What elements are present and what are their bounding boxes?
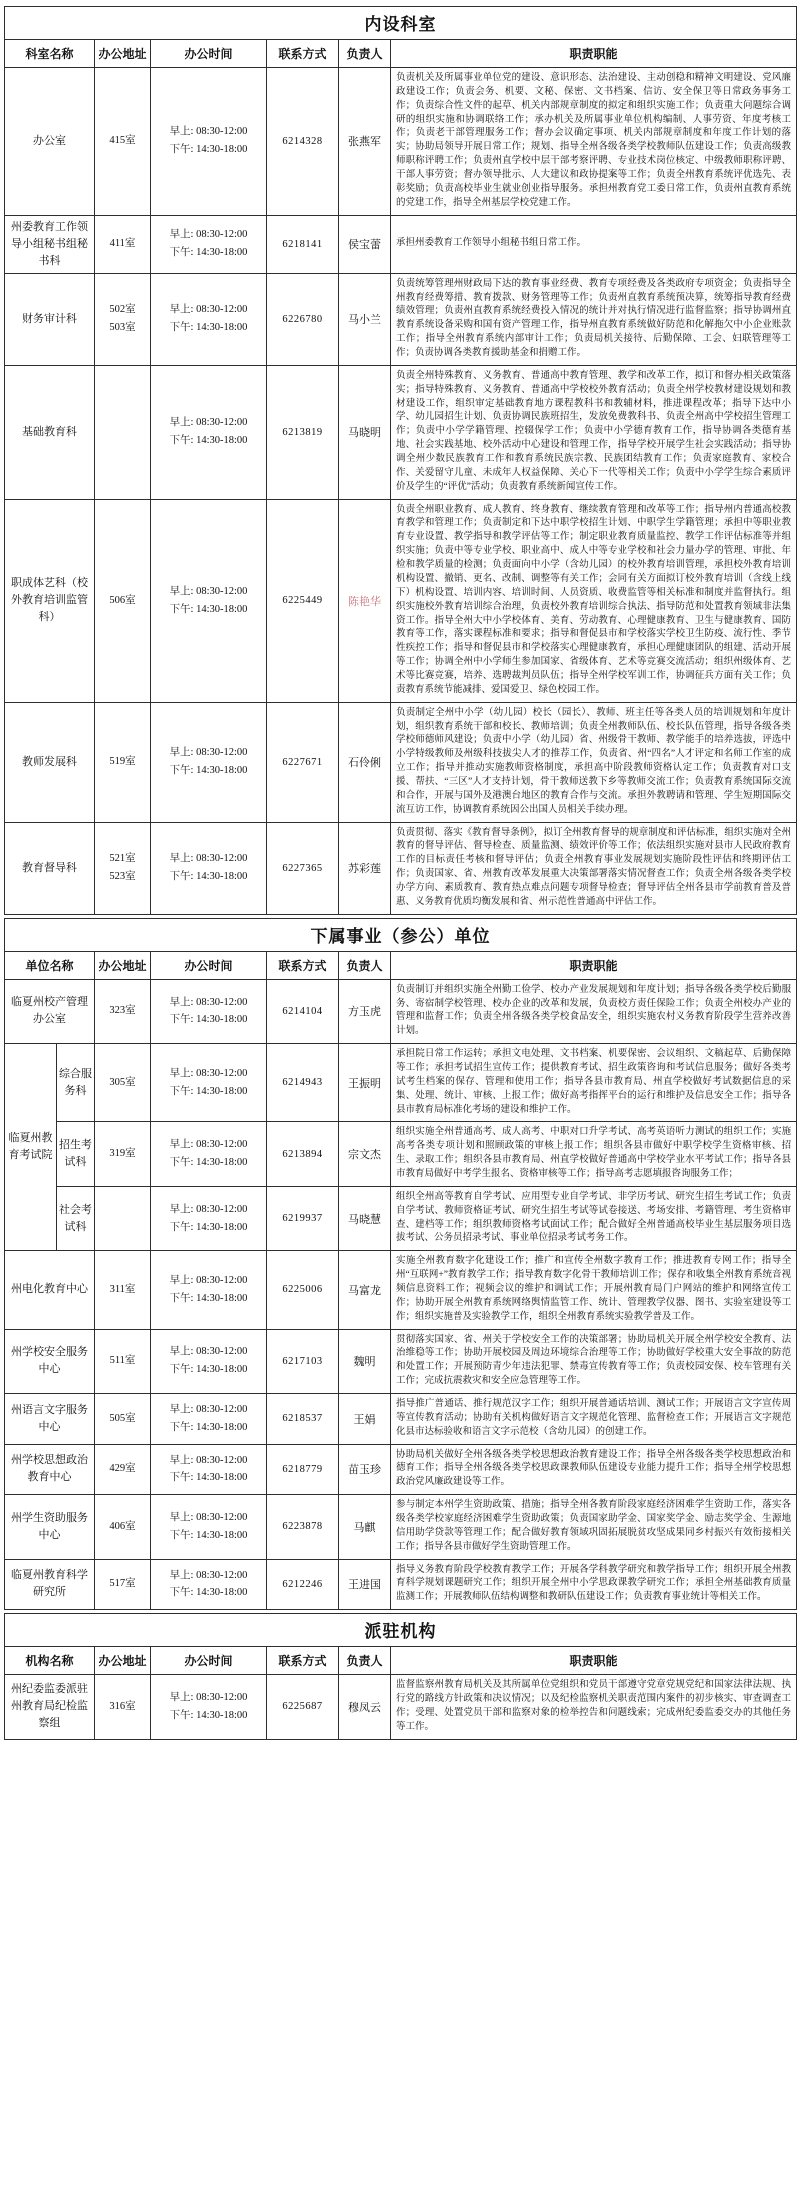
table-row: 州委教育工作领导小组秘书组秘书科411室早上: 08:30-12:00下午: 1… [5, 215, 797, 273]
duties-cell: 监督监察州教育局机关及其所属单位党组织和党员干部遵守党章党规党纪和国家法律法规、… [391, 1675, 797, 1739]
section-title: 派驻机构 [5, 1614, 797, 1647]
table-row: 州学校思想政治教育中心429室早上: 08:30-12:00下午: 14:30-… [5, 1444, 797, 1495]
table-row: 职成体艺科（校外教育培训监管科）506室早上: 08:30-12:00下午: 1… [5, 499, 797, 702]
person-cell: 马小兰 [339, 273, 391, 365]
phone-cell: 6214328 [267, 68, 339, 216]
office-hours: 早上: 08:30-12:00下午: 14:30-18:00 [170, 301, 248, 337]
section-table: 下属事业（参公）单位单位名称办公地址办公时间联系方式负责人职责职能临夏州校产管理… [4, 918, 797, 1611]
table-row: 州纪委监委派驻州教育局纪检监察组316室早上: 08:30-12:00下午: 1… [5, 1675, 797, 1739]
hours-cell: 早上: 08:30-12:00下午: 14:30-18:00 [151, 273, 267, 365]
duties-cell: 实施全州教育数字化建设工作；推广和宣传全州数字教育工作；推进教育专网工作；指导全… [391, 1251, 797, 1329]
person-cell: 侯宝蕾 [339, 215, 391, 273]
hours-cell: 早上: 08:30-12:00下午: 14:30-18:00 [151, 1394, 267, 1445]
phone-cell: 6225449 [267, 499, 339, 702]
person-cell: 马富龙 [339, 1251, 391, 1329]
person-cell: 马晓明 [339, 365, 391, 499]
address-cell: 319室 [95, 1122, 151, 1186]
address-cell: 519室 [95, 702, 151, 822]
column-header: 联系方式 [267, 40, 339, 68]
office-hours: 早上: 08:30-12:00下午: 14:30-18:00 [170, 994, 248, 1030]
name-cell: 办公室 [5, 68, 95, 216]
table-row: 招生考试科319室早上: 08:30-12:00下午: 14:30-18:006… [5, 1122, 797, 1186]
phone-cell: 6225687 [267, 1675, 339, 1739]
duties-cell: 负责统筹管理州财政局下达的教育事业经费、教育专项经费及各类政府专项资金；负责指导… [391, 273, 797, 365]
address-cell: 505室 [95, 1394, 151, 1445]
section-title: 下属事业（参公）单位 [5, 918, 797, 951]
header-row: 机构名称办公地址办公时间联系方式负责人职责职能 [5, 1647, 797, 1675]
table-row: 财务审计科502室503室早上: 08:30-12:00下午: 14:30-18… [5, 273, 797, 365]
table-row: 临夏州教育考试院综合服务科305室早上: 08:30-12:00下午: 14:3… [5, 1044, 797, 1122]
person-cell: 马麒 [339, 1495, 391, 1559]
office-hours: 早上: 08:30-12:00下午: 14:30-18:00 [170, 583, 248, 619]
hours-cell: 早上: 08:30-12:00下午: 14:30-18:00 [151, 1495, 267, 1559]
column-header: 机构名称 [5, 1647, 95, 1675]
phone-cell: 6227671 [267, 702, 339, 822]
column-header: 办公时间 [151, 951, 267, 979]
hours-cell: 早上: 08:30-12:00下午: 14:30-18:00 [151, 979, 267, 1043]
person-cell: 苏彩莲 [339, 822, 391, 914]
person-cell: 方玉虎 [339, 979, 391, 1043]
office-hours: 早上: 08:30-12:00下午: 14:30-18:00 [170, 1343, 248, 1379]
phone-cell: 6218779 [267, 1444, 339, 1495]
column-header: 办公地址 [95, 40, 151, 68]
address-cell: 415室 [95, 68, 151, 216]
hours-cell: 早上: 08:30-12:00下午: 14:30-18:00 [151, 1444, 267, 1495]
office-hours: 早上: 08:30-12:00下午: 14:30-18:00 [170, 123, 248, 159]
column-header: 办公地址 [95, 1647, 151, 1675]
name-cell: 临夏州教育科学研究所 [5, 1559, 95, 1610]
table-row: 基础教育科早上: 08:30-12:00下午: 14:30-18:0062138… [5, 365, 797, 499]
person-cell: 王娟 [339, 1394, 391, 1445]
duties-cell: 指导推广普通话、推行规范汉字工作；组织开展普通话培训、测试工作；开展语言文字宣传… [391, 1394, 797, 1445]
phone-cell: 6223878 [267, 1495, 339, 1559]
hours-cell: 早上: 08:30-12:00下午: 14:30-18:00 [151, 1122, 267, 1186]
table-row: 教师发展科519室早上: 08:30-12:00下午: 14:30-18:006… [5, 702, 797, 822]
person-cell: 宗文杰 [339, 1122, 391, 1186]
column-header: 科室名称 [5, 40, 95, 68]
duties-cell: 组织实施全州普通高考、成人高考、中职对口升学考试、高考英语听力测试的组织工作；实… [391, 1122, 797, 1186]
hours-cell: 早上: 08:30-12:00下午: 14:30-18:00 [151, 1329, 267, 1393]
name-cell: 基础教育科 [5, 365, 95, 499]
column-header: 职责职能 [391, 951, 797, 979]
header-row: 单位名称办公地址办公时间联系方式负责人职责职能 [5, 951, 797, 979]
phone-cell: 6217103 [267, 1329, 339, 1393]
table-row: 州学生资助服务中心406室早上: 08:30-12:00下午: 14:30-18… [5, 1495, 797, 1559]
address-cell: 429室 [95, 1444, 151, 1495]
duties-cell: 负责全州特殊教育、义务教育、普通高中教育管理、教学和改革工作，拟订和督办相关政策… [391, 365, 797, 499]
person-cell: 王进国 [339, 1559, 391, 1610]
name-cell: 州学校思想政治教育中心 [5, 1444, 95, 1495]
phone-cell: 6213894 [267, 1122, 339, 1186]
person-cell: 苗玉珍 [339, 1444, 391, 1495]
address-cell: 406室 [95, 1495, 151, 1559]
hours-cell: 早上: 08:30-12:00下午: 14:30-18:00 [151, 68, 267, 216]
hours-cell: 早上: 08:30-12:00下午: 14:30-18:00 [151, 365, 267, 499]
name-cell: 临夏州校产管理办公室 [5, 979, 95, 1043]
phone-cell: 6214104 [267, 979, 339, 1043]
address-cell: 323室 [95, 979, 151, 1043]
column-header: 办公地址 [95, 951, 151, 979]
person-cell: 魏明 [339, 1329, 391, 1393]
office-hours: 早上: 08:30-12:00下午: 14:30-18:00 [170, 1401, 248, 1437]
address-cell [95, 365, 151, 499]
name-cell: 州委教育工作领导小组秘书组秘书科 [5, 215, 95, 273]
phone-cell: 6218537 [267, 1394, 339, 1445]
person-cell: 马晓慧 [339, 1186, 391, 1250]
person-cell: 王振明 [339, 1044, 391, 1122]
column-header: 职责职能 [391, 40, 797, 68]
phone-cell: 6227365 [267, 822, 339, 914]
person-cell: 陈艳华 [339, 499, 391, 702]
office-hours: 早上: 08:30-12:00下午: 14:30-18:00 [170, 1567, 248, 1603]
office-hours: 早上: 08:30-12:00下午: 14:30-18:00 [170, 414, 248, 450]
section-table: 内设科室科室名称办公地址办公时间联系方式负责人职责职能办公室415室早上: 08… [4, 6, 797, 915]
table-row: 临夏州教育科学研究所517室早上: 08:30-12:00下午: 14:30-1… [5, 1559, 797, 1610]
duties-cell: 指导义务教育阶段学校教育教学工作；开展各学科教学研究和教学指导工作；组织开展全州… [391, 1559, 797, 1610]
name-cell: 教师发展科 [5, 702, 95, 822]
name-cell: 职成体艺科（校外教育培训监管科） [5, 499, 95, 702]
hours-cell: 早上: 08:30-12:00下午: 14:30-18:00 [151, 1675, 267, 1739]
section-table: 派驻机构机构名称办公地址办公时间联系方式负责人职责职能州纪委监委派驻州教育局纪检… [4, 1613, 797, 1739]
phone-cell: 6214943 [267, 1044, 339, 1122]
phone-cell: 6213819 [267, 365, 339, 499]
phone-cell: 6219937 [267, 1186, 339, 1250]
name-cell: 财务审计科 [5, 273, 95, 365]
group-name-cell: 临夏州教育考试院 [5, 1044, 57, 1251]
duties-cell: 负责贯彻、落实《教育督导条例》，拟订全州教育督导的规章制度和评估标准，组织实施对… [391, 822, 797, 914]
name-cell: 教育督导科 [5, 822, 95, 914]
hours-cell: 早上: 08:30-12:00下午: 14:30-18:00 [151, 1186, 267, 1250]
address-cell: 521室523室 [95, 822, 151, 914]
office-hours: 早上: 08:30-12:00下午: 14:30-18:00 [170, 1065, 248, 1101]
address-cell: 506室 [95, 499, 151, 702]
hours-cell: 早上: 08:30-12:00下午: 14:30-18:00 [151, 499, 267, 702]
column-header: 办公时间 [151, 40, 267, 68]
duties-cell: 承担院日常工作运转；承担文电处理、文书档案、机要保密、会议组织、文稿起草、后勤保… [391, 1044, 797, 1122]
column-header: 职责职能 [391, 1647, 797, 1675]
hours-cell: 早上: 08:30-12:00下午: 14:30-18:00 [151, 702, 267, 822]
table-row: 社会考试科早上: 08:30-12:00下午: 14:30-18:0062199… [5, 1186, 797, 1250]
duties-cell: 负责机关及所属事业单位党的建设、意识形态、法治建设、主动创稳和精神文明建设、党风… [391, 68, 797, 216]
address-cell: 311室 [95, 1251, 151, 1329]
duties-cell: 负责制定全州中小学（幼儿园）校长（园长）、教师、班主任等各类人员的培训规划和年度… [391, 702, 797, 822]
phone-cell: 6218141 [267, 215, 339, 273]
address-cell: 411室 [95, 215, 151, 273]
hours-cell: 早上: 08:30-12:00下午: 14:30-18:00 [151, 1044, 267, 1122]
address-cell [95, 1186, 151, 1250]
name-cell: 州学生资助服务中心 [5, 1495, 95, 1559]
person-cell: 穆凤云 [339, 1675, 391, 1739]
office-hours: 早上: 08:30-12:00下午: 14:30-18:00 [170, 1509, 248, 1545]
name-cell: 州学校安全服务中心 [5, 1329, 95, 1393]
table-row: 教育督导科521室523室早上: 08:30-12:00下午: 14:30-18… [5, 822, 797, 914]
office-hours: 早上: 08:30-12:00下午: 14:30-18:00 [170, 1272, 248, 1308]
column-header: 联系方式 [267, 951, 339, 979]
office-hours: 早上: 08:30-12:00下午: 14:30-18:00 [170, 226, 248, 262]
address-cell: 305室 [95, 1044, 151, 1122]
name-cell: 州语言文字服务中心 [5, 1394, 95, 1445]
table-row: 州学校安全服务中心511室早上: 08:30-12:00下午: 14:30-18… [5, 1329, 797, 1393]
address-cell: 502室503室 [95, 273, 151, 365]
section-title: 内设科室 [5, 7, 797, 40]
header-row: 科室名称办公地址办公时间联系方式负责人职责职能 [5, 40, 797, 68]
name-cell: 州纪委监委派驻州教育局纪检监察组 [5, 1675, 95, 1739]
duties-cell: 参与制定本州学生资助政策、措施；指导全州各教育阶段家庭经济困难学生资助工作，落实… [391, 1495, 797, 1559]
person-cell: 张燕军 [339, 68, 391, 216]
person-cell: 石伶俐 [339, 702, 391, 822]
address-cell: 316室 [95, 1675, 151, 1739]
address-cell: 511室 [95, 1329, 151, 1393]
phone-cell: 6226780 [267, 273, 339, 365]
column-header: 负责人 [339, 1647, 391, 1675]
name-cell: 社会考试科 [57, 1186, 95, 1250]
column-header: 联系方式 [267, 1647, 339, 1675]
address-cell: 517室 [95, 1559, 151, 1610]
office-hours: 早上: 08:30-12:00下午: 14:30-18:00 [170, 1201, 248, 1237]
document-root: 内设科室科室名称办公地址办公时间联系方式负责人职责职能办公室415室早上: 08… [0, 0, 800, 1748]
phone-cell: 6212246 [267, 1559, 339, 1610]
column-header: 单位名称 [5, 951, 95, 979]
duties-cell: 负责全州职业教育、成人教育、终身教育、继续教育管理和改革等工作；指导州内普通高校… [391, 499, 797, 702]
office-hours: 早上: 08:30-12:00下午: 14:30-18:00 [170, 1689, 248, 1725]
column-header: 负责人 [339, 40, 391, 68]
office-hours: 早上: 08:30-12:00下午: 14:30-18:00 [170, 744, 248, 780]
hours-cell: 早上: 08:30-12:00下午: 14:30-18:00 [151, 1251, 267, 1329]
column-header: 负责人 [339, 951, 391, 979]
hours-cell: 早上: 08:30-12:00下午: 14:30-18:00 [151, 1559, 267, 1610]
table-row: 州电化教育中心311室早上: 08:30-12:00下午: 14:30-18:0… [5, 1251, 797, 1329]
name-cell: 综合服务科 [57, 1044, 95, 1122]
duties-cell: 承担州委教育工作领导小组秘书组日常工作。 [391, 215, 797, 273]
duties-cell: 组织全州高等教育自学考试、应用型专业自学考试、非学历考试、研究生招生考试工作；负… [391, 1186, 797, 1250]
hours-cell: 早上: 08:30-12:00下午: 14:30-18:00 [151, 822, 267, 914]
table-row: 临夏州校产管理办公室323室早上: 08:30-12:00下午: 14:30-1… [5, 979, 797, 1043]
column-header: 办公时间 [151, 1647, 267, 1675]
office-hours: 早上: 08:30-12:00下午: 14:30-18:00 [170, 850, 248, 886]
name-cell: 招生考试科 [57, 1122, 95, 1186]
name-cell: 州电化教育中心 [5, 1251, 95, 1329]
duties-cell: 协助局机关做好全州各级各类学校思想政治教育建设工作；指导全州各级各类学校思想政治… [391, 1444, 797, 1495]
duties-cell: 贯彻落实国家、省、州关于学校安全工作的决策部署；协助局机关开展全州学校安全教育、… [391, 1329, 797, 1393]
duties-cell: 负责制订并组织实施全州勤工俭学、校办产业发展规划和年度计划；指导各级各类学校后勤… [391, 979, 797, 1043]
table-row: 办公室415室早上: 08:30-12:00下午: 14:30-18:00621… [5, 68, 797, 216]
office-hours: 早上: 08:30-12:00下午: 14:30-18:00 [170, 1452, 248, 1488]
phone-cell: 6225006 [267, 1251, 339, 1329]
office-hours: 早上: 08:30-12:00下午: 14:30-18:00 [170, 1136, 248, 1172]
hours-cell: 早上: 08:30-12:00下午: 14:30-18:00 [151, 215, 267, 273]
table-row: 州语言文字服务中心505室早上: 08:30-12:00下午: 14:30-18… [5, 1394, 797, 1445]
